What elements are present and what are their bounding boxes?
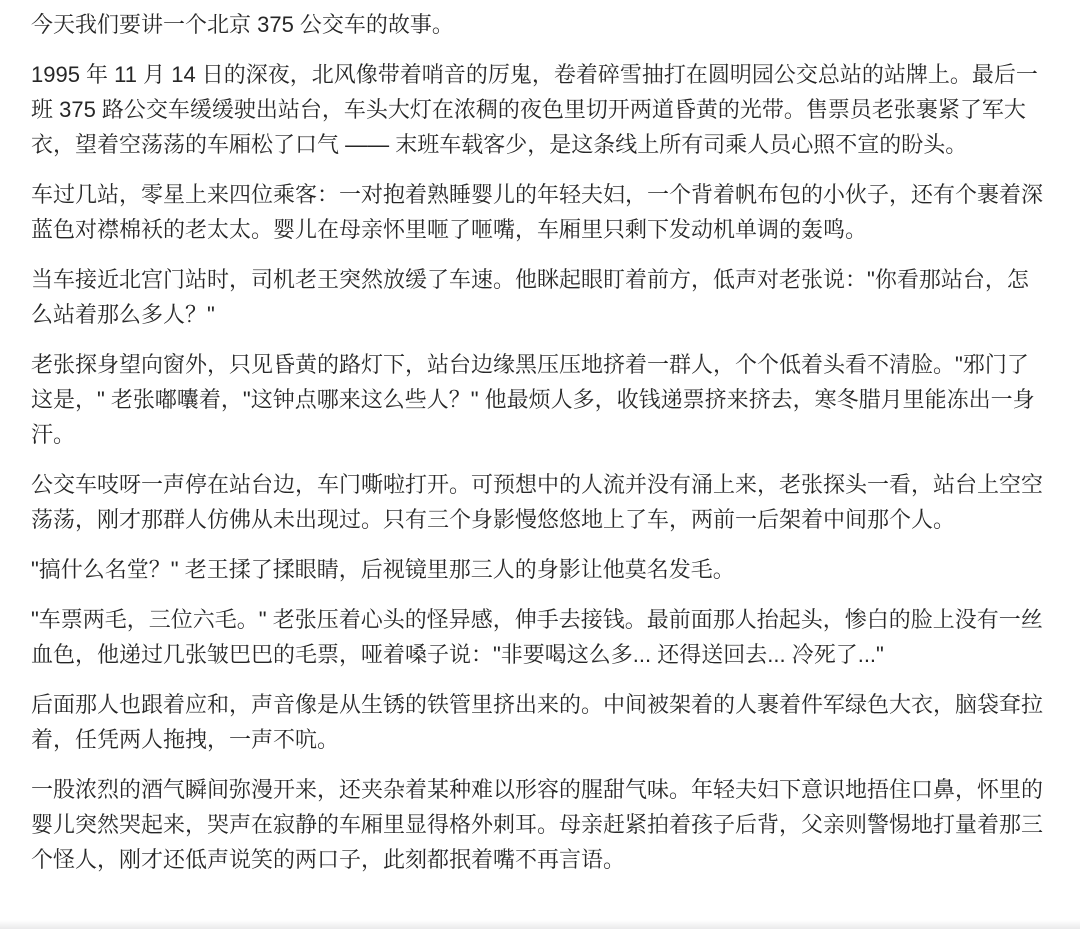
story-paragraph-list: 今天我们要讲一个北京 375 公交车的故事。 1995 年 11 月 14 日的… [31,7,1047,877]
story-paragraph: 1995 年 11 月 14 日的深夜，北风像带着哨音的厉鬼，卷着碎雪抽打在圆明… [31,57,1047,162]
story-paragraph: 车过几站，零星上来四位乘客：一对抱着熟睡婴儿的年轻夫妇，一个背着帆布包的小伙子，… [31,177,1047,247]
story-paragraph: 当车接近北宫门站时，司机老王突然放缓了车速。他眯起眼盯着前方，低声对老张说："你… [31,262,1047,332]
story-paragraph: 后面那人也跟着应和，声音像是从生锈的铁管里挤出来的。中间被架着的人裹着件军绿色大… [31,687,1047,757]
story-paragraph: 公交车吱呀一声停在站台边，车门嘶啦打开。可预想中的人流并没有涌上来，老张探头一看… [31,467,1047,537]
story-article: 今天我们要讲一个北京 375 公交车的故事。 1995 年 11 月 14 日的… [0,0,1080,877]
story-paragraph: 一股浓烈的酒气瞬间弥漫开来，还夹杂着某种难以形容的腥甜气味。年轻夫妇下意识地捂住… [31,772,1047,877]
story-paragraph: 老张探身望向窗外，只见昏黄的路灯下，站台边缘黑压压地挤着一群人，个个低着头看不清… [31,347,1047,452]
story-paragraph: "搞什么名堂？" 老王揉了揉眼睛，后视镜里那三人的身影让他莫名发毛。 [31,552,1047,587]
story-paragraph: 今天我们要讲一个北京 375 公交车的故事。 [31,7,1047,42]
story-paragraph: "车票两毛，三位六毛。" 老张压着心头的怪异感，伸手去接钱。最前面那人抬起头，惨… [31,602,1047,672]
bottom-fade-overlay [0,920,1080,929]
